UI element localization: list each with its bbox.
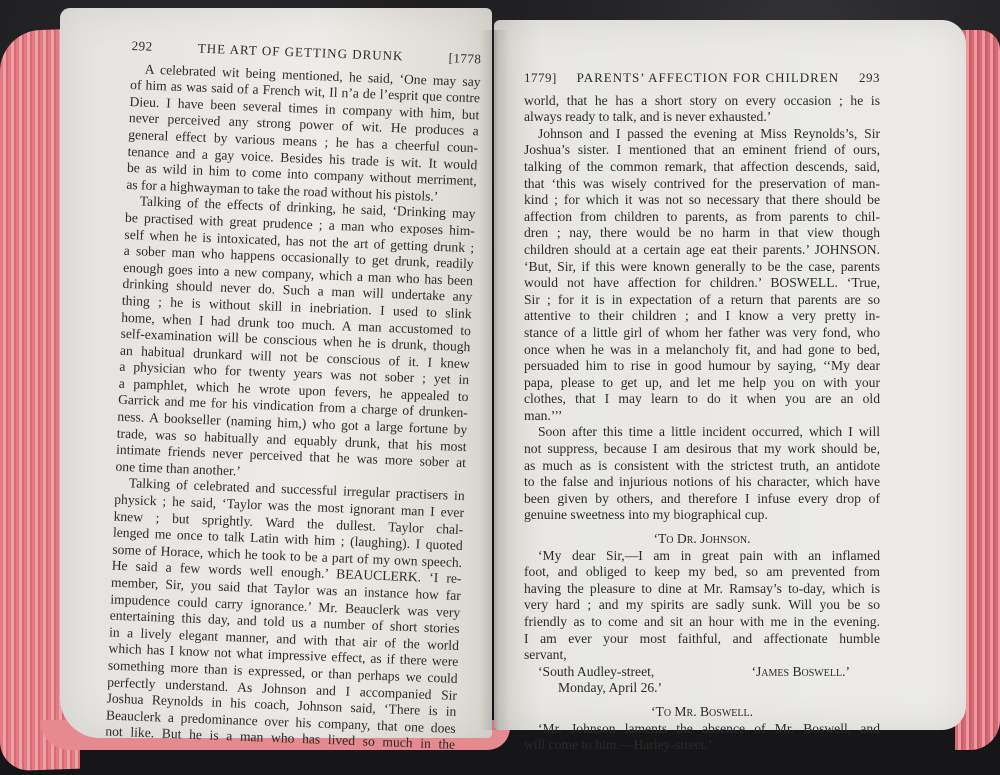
text-line: very hard ; and my spirits are sadly sun… — [524, 597, 880, 614]
text-line: friendly as to come and sit an hour with… — [524, 614, 880, 631]
text-line: talking of the common remark, that affec… — [524, 159, 880, 176]
text-line: Johnson and I passed the evening at Miss… — [524, 126, 880, 143]
letter1-signature: ‘James Boswell.’ — [751, 664, 850, 681]
text-line: Sir ; for it is in expectation of a retu… — [524, 292, 880, 309]
text-line: ‘But, Sir, if this were known generally … — [524, 259, 880, 276]
text-line: servant, — [524, 647, 880, 664]
text-line: Joshua’s sister. I mentioned that an emi… — [524, 142, 880, 159]
left-page-number: 292 — [131, 38, 153, 55]
right-page-number: 293 — [859, 70, 880, 87]
text-line: foot, and obliged to keep my bed, so am … — [524, 564, 880, 581]
letter1-date: Monday, April 26.’ — [524, 680, 880, 697]
text-line: once when he was in a melancholy fit, an… — [524, 342, 880, 359]
text-line: ‘My dear Sir,—I am in great pain with an… — [524, 548, 880, 565]
right-page-text: 1779] PARENTS’ AFFECTION FOR CHILDREN 29… — [524, 70, 880, 754]
text-line: I am ever your most faithful, and affect… — [524, 631, 880, 648]
text-line: persuaded him to rise in good humour by … — [524, 358, 880, 375]
right-year-marker: 1779] — [524, 70, 557, 87]
letter2-body: ‘Mr. Johnson laments the absence of Mr. … — [524, 721, 880, 754]
letter1-closing: ‘South Audley-street, ‘James Boswell.’ — [524, 664, 880, 681]
text-line: children should at a certain age eat the… — [524, 242, 880, 259]
letter1-address: ‘South Audley-street, — [538, 664, 654, 681]
text-line: genuine sweetness into my biographical c… — [524, 507, 880, 524]
text-line: stance of a little girl of whom her fath… — [524, 325, 880, 342]
text-line: affection from children to parents, as f… — [524, 209, 880, 226]
text-line: been given by others, and therefore I in… — [524, 491, 880, 508]
text-line: world, that he has a short story on ever… — [524, 93, 880, 110]
text-line: always ready to talk, and is never exhau… — [524, 109, 880, 126]
left-body: A celebrated wit being mentioned, he sai… — [105, 61, 481, 754]
text-line: not suppress, because I am desirous that… — [524, 441, 880, 458]
right-body: world, that he has a short story on ever… — [524, 93, 880, 524]
left-year-marker: [1778 — [448, 50, 481, 68]
book-gutter — [480, 30, 510, 730]
text-line: that ‘this was wisely contrived for the … — [524, 176, 880, 193]
text-line: dren ; nay, there would be no harm in th… — [524, 225, 880, 242]
letter1-body: ‘My dear Sir,—I am in great pain with an… — [524, 548, 880, 664]
text-line: will come to him.—Harley-street.’ — [524, 737, 880, 754]
text-line: as much as is consistent with the strict… — [524, 458, 880, 475]
text-line: man.’’’ — [524, 408, 880, 425]
right-running-head: 1779] PARENTS’ AFFECTION FOR CHILDREN 29… — [524, 70, 880, 87]
text-line: attentive to their children ; and I know… — [524, 308, 880, 325]
text-line: ‘Mr. Johnson laments the absence of Mr. … — [524, 721, 880, 738]
letter1-heading: ‘To Dr. Johnson. — [524, 531, 880, 548]
text-line: to the false and injurious notions of hi… — [524, 474, 880, 491]
text-line: papa, please to get up, and let me help … — [524, 375, 880, 392]
text-line: Soon after this time a little incident o… — [524, 424, 880, 441]
right-running-title: PARENTS’ AFFECTION FOR CHILDREN — [577, 70, 840, 87]
letter2-heading: ‘To Mr. Boswell. — [524, 704, 880, 721]
text-line: kind ; for which it was not so necessary… — [524, 192, 880, 209]
text-line: having the pleasure to dine at Mr. Ramsa… — [524, 581, 880, 598]
text-line: would not have affection for children.’ … — [524, 275, 880, 292]
text-line: clothes, that I may learn to do it when … — [524, 391, 880, 408]
left-page-text: 292 THE ART OF GETTING DRUNK [1778 A cel… — [105, 38, 482, 754]
